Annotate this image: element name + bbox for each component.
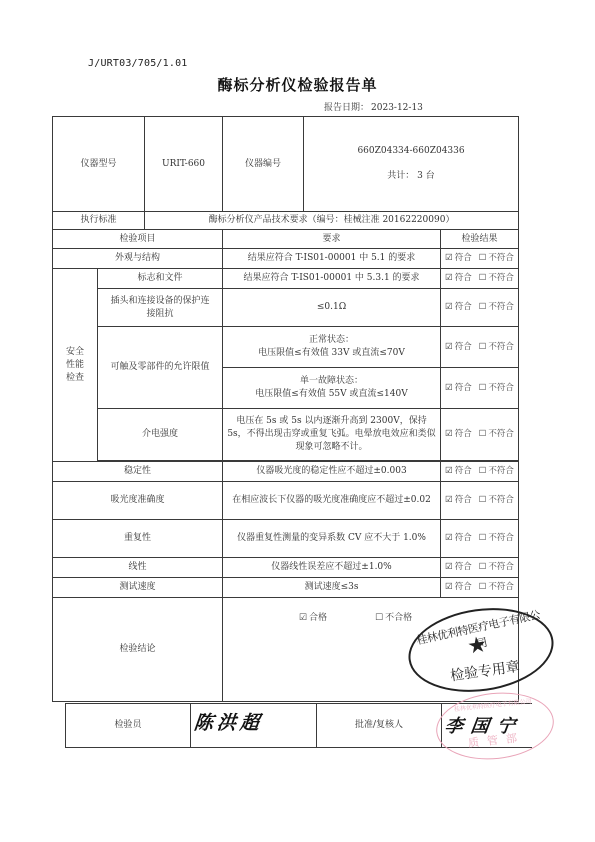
checkbox-checked-icon[interactable]: ☑	[445, 382, 453, 395]
checkbox-unchecked-icon[interactable]: ☐	[479, 532, 487, 545]
result-accessible-normal: ☑符合☐不符合	[441, 327, 519, 368]
table-row: 介电强度 电压在 5s 或 5s 以内逐渐升高到 2300V，保持 5s，不得出…	[53, 409, 519, 461]
report-date-value: 2023-12-13	[371, 103, 423, 113]
col-header-requirement: 要求	[223, 230, 441, 249]
table-row: 可触及零部件的允许限值 正常状态： 电压限值≤有效值 33V 或直流≤70V ☑…	[53, 327, 519, 368]
req-accessible-normal: 正常状态： 电压限值≤有效值 33V 或直流≤70V	[223, 327, 441, 368]
result-stability: ☑符合☐不符合	[441, 462, 519, 482]
item-stability: 稳定性	[53, 462, 223, 482]
result-speed: ☑符合☐不符合	[441, 578, 519, 598]
table-row: 线性 仪器线性误差应不超过±1.0% ☑符合☐不符合	[53, 558, 519, 578]
result-accuracy: ☑符合☐不符合	[441, 482, 519, 520]
req-speed: 测试速度≤3s	[223, 578, 441, 598]
table-header-row: 检验项目 要求 检验结果	[53, 230, 519, 249]
col-header-result: 检验结果	[441, 230, 519, 249]
table-row: 外观与结构 结果应符合 T-IS01-00001 中 5.1 的要求 ☑符合☐不…	[53, 249, 519, 269]
item-marking: 标志和文件	[98, 269, 223, 289]
item-accuracy: 吸光度准确度	[53, 482, 223, 520]
table-row: 吸光度准确度 在相应波长下仪器的吸光度准确度应不超过±0.02 ☑符合☐不符合	[53, 482, 519, 520]
safety-group-label: 安全性能检查	[53, 269, 98, 462]
serial-cell: 仪器编号 660Z04334-660Z04336 共计： 3 台	[223, 117, 519, 212]
checkbox-unchecked-icon[interactable]: ☐	[479, 252, 487, 265]
checkbox-unchecked-icon[interactable]: ☐	[479, 301, 487, 314]
total-count: 共计： 3 台	[387, 170, 434, 183]
approver-label: 批准/复核人	[317, 704, 442, 748]
standard-row: 执行标准 酶标分析仪产品技术要求（编号：桂械注准 20162220090）	[53, 212, 519, 230]
result-linearity: ☑符合☐不符合	[441, 558, 519, 578]
approver-signature: 李国宁	[443, 712, 525, 738]
table-row: 重复性 仪器重复性测量的变异系数 CV 应不大于 1.0% ☑符合☐不符合	[53, 520, 519, 558]
conclusion-unqualified: 不合格	[385, 613, 412, 623]
standard-value: 酶标分析仪产品技术要求（编号：桂械注准 20162220090）	[145, 212, 519, 230]
checkbox-unchecked-icon[interactable]: ☐	[479, 494, 487, 507]
result-protective: ☑符合☐不符合	[441, 289, 519, 327]
item-appearance: 外观与结构	[53, 249, 223, 269]
req-accuracy: 在相应波长下仪器的吸光度准确度应不超过±0.02	[223, 482, 441, 520]
checkbox-checked-icon[interactable]: ☑	[445, 301, 453, 314]
result-appearance: ☑符合☐不符合	[441, 249, 519, 269]
conclusion-value: ☑合格☐不合格	[223, 598, 519, 702]
checkbox-checked-icon[interactable]: ☑	[445, 428, 453, 441]
report-date: 报告日期：2023-12-13	[322, 100, 423, 113]
checkbox-checked-icon[interactable]: ☑	[299, 612, 307, 625]
checkbox-checked-icon[interactable]: ☑	[445, 341, 453, 354]
checkbox-unchecked-icon[interactable]: ☐	[479, 465, 487, 478]
result-repeatability: ☑符合☐不符合	[441, 520, 519, 558]
checkbox-unchecked-icon[interactable]: ☐	[479, 382, 487, 395]
req-stability: 仪器吸光度的稳定性应不超过±0.003	[223, 462, 441, 482]
checkbox-unchecked-icon[interactable]: ☐	[479, 272, 487, 285]
checkbox-checked-icon[interactable]: ☑	[445, 532, 453, 545]
conclusion-qualified: 合格	[309, 613, 327, 623]
table-row: 稳定性 仪器吸光度的稳定性应不超过±0.003 ☑符合☐不符合	[53, 462, 519, 482]
checkbox-unchecked-icon[interactable]: ☐	[375, 612, 383, 625]
checkbox-unchecked-icon[interactable]: ☐	[479, 561, 487, 574]
req-accessible-fault: 单一故障状态： 电压限值≤有效值 55V 或直流≤140V	[223, 368, 441, 409]
checkbox-checked-icon[interactable]: ☑	[445, 252, 453, 265]
table-row: 安全性能检查 标志和文件 结果应符合 T-IS01-00001 中 5.3.1 …	[53, 269, 519, 289]
result-dielectric: ☑符合☐不符合	[441, 409, 519, 461]
col-header-item: 检验项目	[53, 230, 223, 249]
inspection-report-table: 仪器型号 URIT-660 仪器编号 660Z04334-660Z04336 共…	[52, 116, 519, 702]
result-accessible-fault: ☑符合☐不符合	[441, 368, 519, 409]
table-row: 测试速度 测试速度≤3s ☑符合☐不符合	[53, 578, 519, 598]
checkbox-unchecked-icon[interactable]: ☐	[479, 581, 487, 594]
conclusion-row: 检验结论 ☑合格☐不合格	[53, 598, 519, 702]
item-accessible: 可触及零部件的允许限值	[98, 327, 223, 409]
serial-value: 660Z04334-660Z04336	[357, 145, 464, 158]
checkbox-unchecked-icon[interactable]: ☐	[479, 428, 487, 441]
req-linearity: 仪器线性误差应不超过±1.0%	[223, 558, 441, 578]
table-row: 插头和连接设备的保护连接阻抗 ≤0.1Ω ☑符合☐不符合	[53, 289, 519, 327]
inspector-signature: 陈洪超	[191, 704, 317, 748]
serial-label: 仪器编号	[223, 117, 304, 211]
checkbox-checked-icon[interactable]: ☑	[445, 272, 453, 285]
result-options: ☑符合☐不符合	[445, 253, 514, 263]
req-marking: 结果应符合 T-IS01-00001 中 5.3.1 的要求	[223, 269, 441, 289]
item-dielectric: 介电强度	[98, 409, 223, 461]
inspector-label: 检验员	[66, 704, 191, 748]
item-protective: 插头和连接设备的保护连接阻抗	[98, 289, 223, 327]
checkbox-checked-icon[interactable]: ☑	[445, 581, 453, 594]
checkbox-checked-icon[interactable]: ☑	[445, 465, 453, 478]
result-marking: ☑符合☐不符合	[441, 269, 519, 289]
req-repeatability: 仪器重复性测量的变异系数 CV 应不大于 1.0%	[223, 520, 441, 558]
instrument-row: 仪器型号 URIT-660 仪器编号 660Z04334-660Z04336 共…	[53, 117, 519, 212]
document-number: J/URT03/705/1.01	[88, 58, 188, 69]
checkbox-checked-icon[interactable]: ☑	[445, 561, 453, 574]
checkbox-checked-icon[interactable]: ☑	[445, 494, 453, 507]
checkbox-unchecked-icon[interactable]: ☐	[479, 341, 487, 354]
model-label: 仪器型号	[53, 117, 145, 212]
conclusion-label: 检验结论	[53, 598, 223, 702]
req-protective: ≤0.1Ω	[223, 289, 441, 327]
req-dielectric: 电压在 5s 或 5s 以内逐渐升高到 2300V，保持 5s，不得出现击穿或重…	[223, 409, 441, 461]
item-linearity: 线性	[53, 558, 223, 578]
item-repeatability: 重复性	[53, 520, 223, 558]
standard-label: 执行标准	[53, 212, 145, 230]
report-date-label: 报告日期：	[324, 103, 369, 113]
model-value: URIT-660	[145, 117, 223, 212]
req-appearance: 结果应符合 T-IS01-00001 中 5.1 的要求	[223, 249, 441, 269]
page-title: 酶标分析仪检验报告单	[0, 74, 595, 95]
item-speed: 测试速度	[53, 578, 223, 598]
